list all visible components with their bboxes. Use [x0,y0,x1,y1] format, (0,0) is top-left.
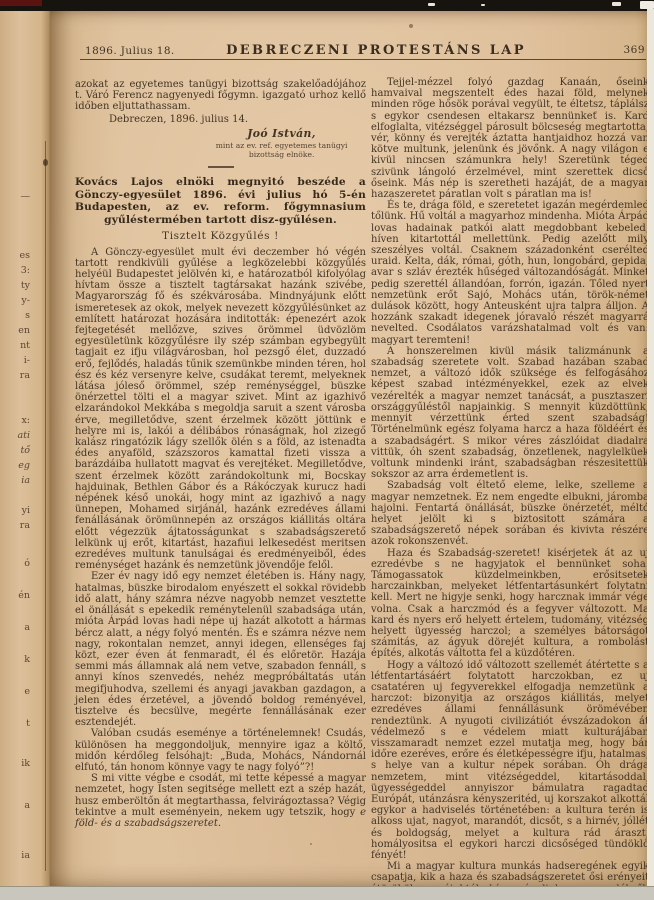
body-paragraph: És te, drága föld, e szeretetet igazán m… [371,200,649,346]
page-fold-notch [43,159,48,166]
page-fold-crease [45,141,46,871]
previous-page-edge: — es 3: ty y- s en nt i- ra x: ati tő eg… [0,11,50,886]
margin-fragment: 3: [4,266,30,276]
body-paragraph: Haza és Szabadság-szeretet! kisérjetek á… [371,548,649,660]
scanned-page: — es 3: ty y- s en nt i- ra x: ati tő eg… [0,0,654,900]
margin-fragment: i- [4,356,30,366]
body-paragraph: S mi vitte végbe e csodát, mi tette képe… [75,773,366,829]
body-paragraph: Valóban csudás eseménye a történelemnek!… [75,728,366,773]
body-paragraph: A Gönczy-egyesület mult évi deczember hó… [75,247,366,572]
right-page-edge [647,9,654,888]
margin-fragment: t [4,719,30,729]
margin-fragment: ó [4,559,30,569]
margin-fragment: es [4,251,30,261]
margin-fragment: ik [4,759,30,769]
margin-fragment: ia [4,851,30,861]
section-divider-rule [208,166,234,168]
page-number: 369 [623,44,645,56]
salutation: Tisztelt Közgyűlés ! [75,231,366,242]
body-paragraph: Hogy a változó idő változott szellemét á… [371,660,649,862]
margin-fragment: yi [4,506,30,516]
continuation-paragraph: azokat az egyetemes tanügyi bizottság sz… [75,79,366,113]
margin-fragment: ia [4,476,30,486]
bottom-scan-edge [0,886,654,900]
page-header: 1896. Julius 18. DEBRECZENI PROTESTÁNS L… [83,41,645,61]
scratch-mark [640,1,654,9]
dateline: Debreczen, 1896. julius 14. [75,114,366,125]
header-rule [80,59,646,60]
left-column: azokat az egyetemes tanügyi bizottság sz… [75,79,366,829]
margin-fragment: nt [4,341,30,351]
margin-fragment: én [4,591,30,601]
header-date: 1896. Julius 18. [85,45,175,57]
margin-fragment: x: [4,416,30,426]
paragraph-lead: S mi vitte végbe e csodát, mi tette képe… [75,773,366,818]
margin-fragment: a [4,801,30,811]
newspaper-title: DEBRECZENI PROTESTÁNS LAP [226,43,526,58]
scratch-mark [481,4,485,6]
margin-fragment: k [4,655,30,665]
newspaper-page: 1896. Julius 18. DEBRECZENI PROTESTÁNS L… [50,11,648,886]
body-paragraph: Tejjel-mézzel folyó gazdag Kanaán, ősein… [371,77,649,200]
book-top-edge [0,0,654,11]
body-paragraph: Szabadság volt éltető eleme, lelke, szel… [371,480,649,547]
margin-fragment: eg [4,461,30,471]
signature-role: mint az ev. ref. egyetemes tanügyi bizot… [197,141,366,159]
margin-fragment: s [4,311,30,321]
margin-fragment: ty [4,281,30,291]
body-paragraph: Ezer év nagy idő egy nemzet életében is.… [75,571,366,728]
scratch-mark [428,3,435,6]
margin-fragment: a [4,623,30,633]
margin-fragment: y- [4,296,30,306]
scratch-mark [612,2,621,6]
margin-fragment: e [4,687,30,697]
signature-block: Joó István, mint az ev. ref. egyetemes t… [75,128,366,159]
ink-specks [50,11,52,13]
margin-fragment: ati [4,431,30,441]
margin-fragment: — [4,192,30,202]
body-paragraph: A honszerelmen kivül másik talizmánunk a… [371,346,649,480]
margin-fragment: ra [4,521,30,531]
right-column: Tejjel-mézzel folyó gazdag Kanaán, ősein… [371,77,649,900]
article-heading: Kovács Lajos elnöki megnyitó beszéde a G… [75,176,366,226]
signature-name: Joó István, [197,128,366,139]
binding-red-corner [0,0,42,6]
margin-fragment: ra [4,371,30,381]
margin-fragment: tő [4,446,30,456]
margin-fragment: en [4,326,30,336]
